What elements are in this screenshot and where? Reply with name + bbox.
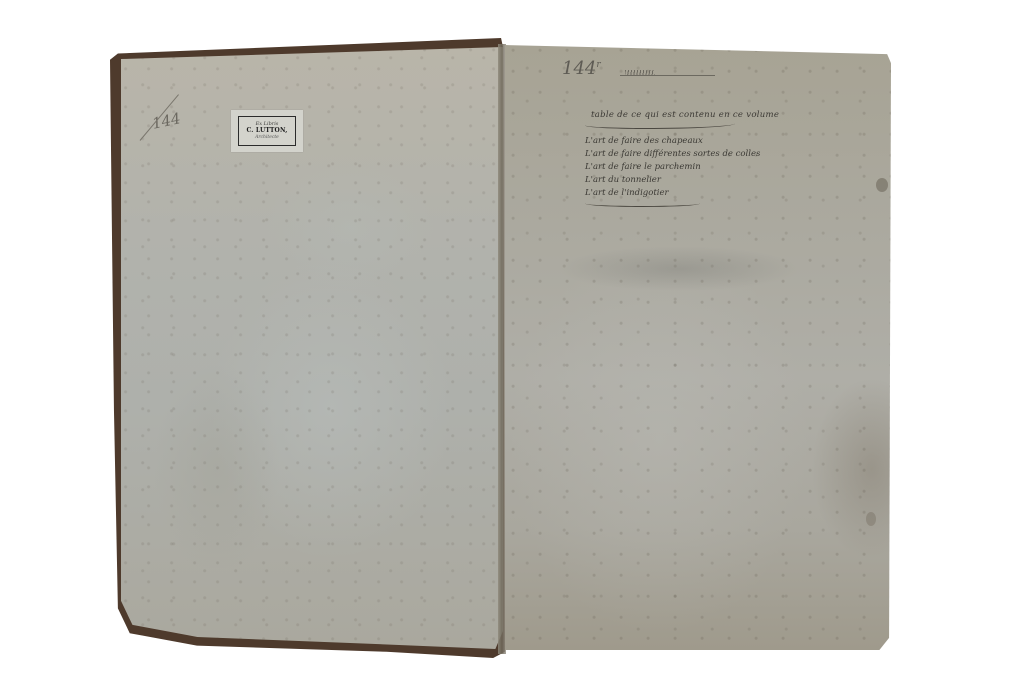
foxing-spot bbox=[866, 512, 876, 526]
toc-end-flourish bbox=[585, 200, 700, 207]
bookplate-frame: Ex Libris C. LUTTON, Architecte bbox=[238, 116, 296, 146]
pencil-shelfmark-right: 144r bbox=[562, 58, 601, 79]
pencil-shelfmark-suffix: r bbox=[596, 60, 600, 70]
foxing-spot bbox=[876, 178, 888, 192]
open-book-photo: 144 Ex Libris C. LUTTON, Architecte 144r… bbox=[0, 0, 1024, 683]
toc-item: L'art de faire le parchemin bbox=[585, 161, 795, 174]
handwritten-table-of-contents: table de ce qui est contenu en ce volume… bbox=[585, 110, 795, 207]
toc-item: L'art de l'indigotier bbox=[585, 187, 795, 200]
toc-item: L'art de faire différentes sortes de col… bbox=[585, 148, 795, 161]
book-gutter bbox=[498, 44, 506, 654]
bookplate-owner-title: Architecte bbox=[255, 136, 279, 141]
ex-libris-bookplate: Ex Libris C. LUTTON, Architecte bbox=[231, 110, 303, 152]
bookplate-ex-libris: Ex Libris bbox=[256, 122, 279, 127]
toc-item: L'art du tonnelier bbox=[585, 174, 795, 187]
toc-title-flourish bbox=[585, 120, 735, 129]
pencil-underline bbox=[620, 75, 715, 76]
toc-item: L'art de faire des chapeaux bbox=[585, 135, 795, 148]
toc-title: table de ce qui est contenu en ce volume bbox=[591, 110, 795, 120]
left-pastedown-page bbox=[121, 47, 503, 649]
bookplate-owner-name: C. LUTTON, bbox=[246, 128, 287, 134]
pencil-shelfmark-number: 144 bbox=[562, 58, 596, 79]
